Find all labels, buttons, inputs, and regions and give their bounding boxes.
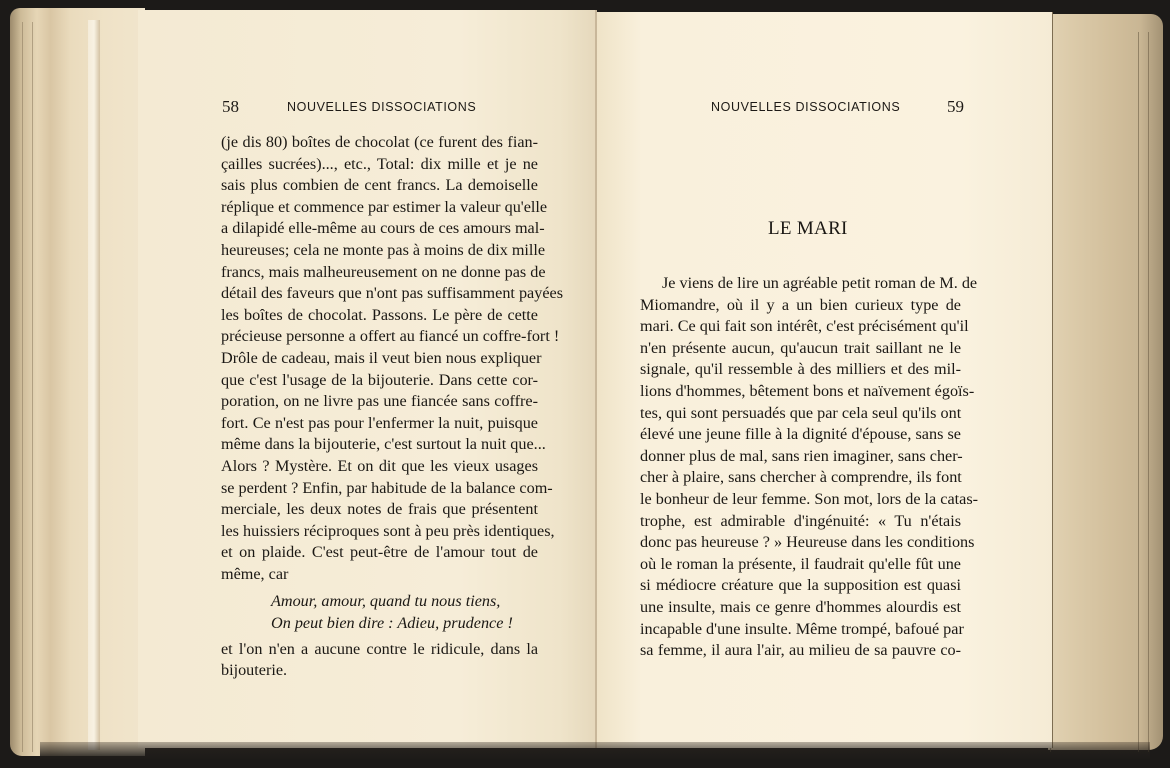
text-line: donc pas heureuse ? » Heureuse dans les …: [640, 532, 961, 554]
text-line: francs, mais malheureusement on ne donne…: [221, 262, 538, 284]
torn-page-edge: [88, 20, 100, 750]
text-line: élevé une jeune fille à la dignité d'épo…: [640, 424, 961, 446]
text-line: lions d'hommes, bêtement bons et naïveme…: [640, 381, 961, 403]
text-line: se perdent ? Enfin, par habitude de la b…: [221, 478, 538, 500]
text-line: cher à plaire, sans chercher à comprendr…: [640, 467, 961, 489]
text-line: a dilapidé elle-même au cours de ces amo…: [221, 218, 538, 240]
text-line: et l'on n'en a aucune contre le ridicule…: [221, 639, 538, 661]
body-paragraph: Je viens de lire un agréable petit roman…: [640, 273, 961, 662]
verse-line: On peut bien dire : Adieu, prudence !: [221, 613, 538, 635]
left-page-edges: [10, 8, 145, 756]
running-head-right: NOUVELLES DISSOCIATIONS: [711, 100, 900, 114]
right-page-body: Je viens de lire un agréable petit roman…: [640, 273, 961, 662]
text-line: n'en présente aucun, qu'aucun trait sail…: [640, 338, 961, 360]
chapter-title: LE MARI: [768, 218, 848, 240]
text-line: trophe, est admirable d'ingénuité: « Tu …: [640, 511, 961, 533]
text-line: fort. Ce n'est pas pour l'enfermer la nu…: [221, 413, 538, 435]
text-line: mari. Ce qui fait son intérêt, c'est pré…: [640, 316, 961, 338]
text-line: que c'est l'usage de la bijouterie. Dans…: [221, 370, 538, 392]
text-line: tes, qui sont persuadés que par cela seu…: [640, 403, 961, 425]
text-line: les huissiers réciproques sont à peu prè…: [221, 521, 538, 543]
page-edge-line: [1148, 32, 1149, 752]
text-line: et on plaide. C'est peut-être de l'amour…: [221, 542, 538, 564]
text-line: précieuse personne a offert au fiancé un…: [221, 326, 538, 348]
body-paragraph: (je dis 80) boîtes de chocolat (ce furen…: [221, 132, 538, 585]
text-line: où le roman la présente, il faudrait qu'…: [640, 554, 961, 576]
text-line: même dans la bijouterie, c'est surtout l…: [221, 434, 538, 456]
text-line: une insulte, mais ce genre d'hommes alou…: [640, 597, 961, 619]
text-line: réplique et commence par estimer la vale…: [221, 197, 538, 219]
text-line: Alors ? Mystère. Et on dit que les vieux…: [221, 456, 538, 478]
text-line: bijouterie.: [221, 660, 538, 682]
text-line: signale, qu'il ressemble à des milliers …: [640, 359, 961, 381]
verse-quote: Amour, amour, quand tu nous tiens,On peu…: [221, 591, 538, 634]
verse-line: Amour, amour, quand tu nous tiens,: [221, 591, 538, 613]
text-line: sa femme, il aura l'air, au milieu de sa…: [640, 640, 961, 662]
text-line: les boîtes de chocolat. Passons. Le père…: [221, 305, 538, 327]
book-gutter: [595, 10, 597, 748]
text-line: sais plus combien de cent francs. La dem…: [221, 175, 538, 197]
text-line: incapable d'une insulte. Même trompé, ba…: [640, 619, 961, 641]
text-line: merciale, les deux notes de frais que pr…: [221, 499, 538, 521]
right-page-edges: [1048, 14, 1163, 750]
closing-paragraph: et l'on n'en a aucune contre le ridicule…: [221, 639, 538, 682]
left-page-body: (je dis 80) boîtes de chocolat (ce furen…: [221, 132, 538, 682]
page-number-right: 59: [947, 97, 964, 117]
page-edge-line: [32, 22, 33, 752]
text-line: le bonheur de leur femme. Son mot, lors …: [640, 489, 961, 511]
text-line: (je dis 80) boîtes de chocolat (ce furen…: [221, 132, 538, 154]
text-line: çailles sucrées)..., etc., Total: dix mi…: [221, 154, 538, 176]
text-line: heureuses; cela ne monte pas à moins de …: [221, 240, 538, 262]
page-edge-line: [1138, 32, 1139, 752]
running-head-left: NOUVELLES DISSOCIATIONS: [287, 100, 476, 114]
text-line: Drôle de cadeau, mais il veut bien nous …: [221, 348, 538, 370]
page-number-left: 58: [222, 97, 239, 117]
page-edge-line: [22, 22, 23, 752]
text-line: Miomandre, où il y a un bien curieux typ…: [640, 295, 961, 317]
text-line: poration, on ne livre pas une fiancée sa…: [221, 391, 538, 413]
text-line: même, car: [221, 564, 538, 586]
text-line: donner plus de mal, sans rien imaginer, …: [640, 446, 961, 468]
text-line: Je viens de lire un agréable petit roman…: [640, 273, 961, 295]
text-line: si médiocre créature que la supposition …: [640, 575, 961, 597]
bottom-shadow: [40, 742, 1150, 768]
open-book: 58 NOUVELLES DISSOCIATIONS (je dis 80) b…: [0, 0, 1170, 768]
text-line: détail des faveurs que n'ont pas suffisa…: [221, 283, 538, 305]
